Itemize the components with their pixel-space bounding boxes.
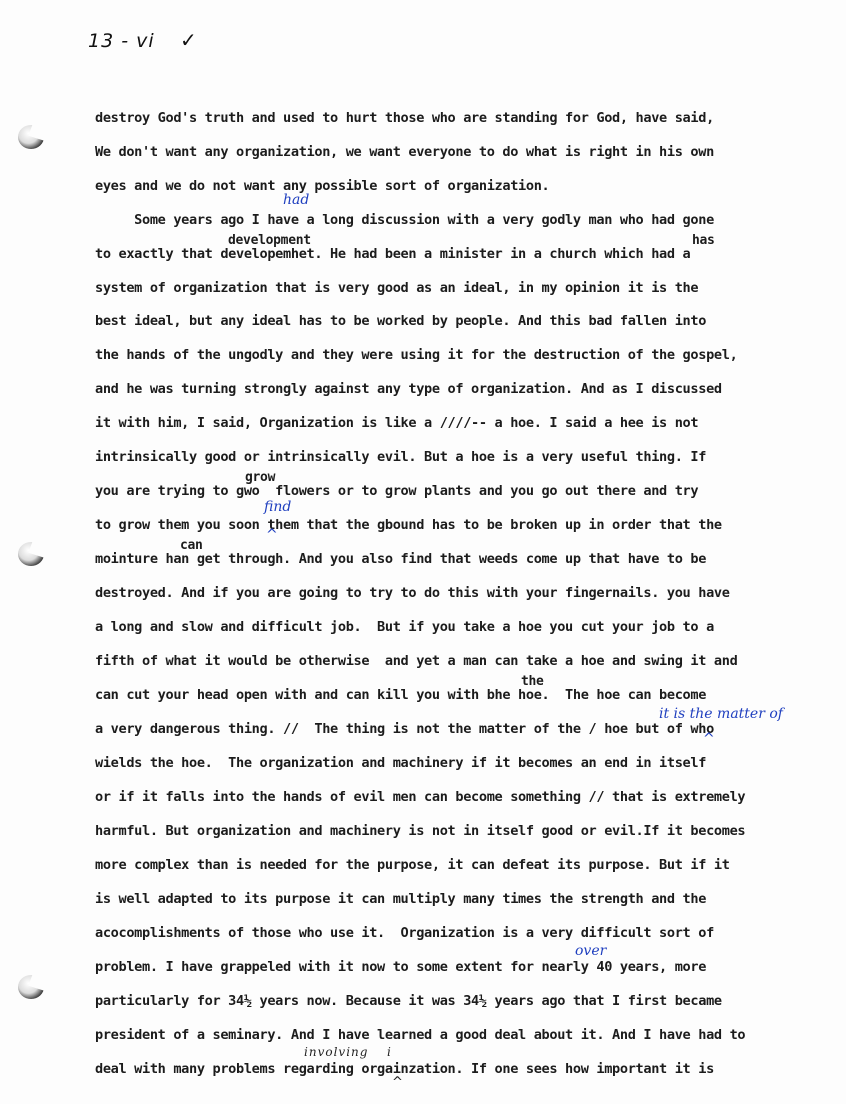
text-line: you are trying to gwo flowers or to grow… — [95, 483, 698, 499]
text-line: mointure han get through. And you also f… — [95, 551, 706, 567]
punch-hole-icon — [18, 125, 44, 149]
text-line: it with him, I said, Organization is lik… — [95, 415, 698, 431]
text-line: particularly for 34½ years now. Because … — [95, 993, 722, 1009]
typed-correction: development — [228, 233, 311, 248]
handwritten-note: it is the matter of — [659, 706, 783, 722]
text-line: and he was turning strongly against any … — [95, 381, 722, 397]
text-line: intrinsically good or intrinsically evil… — [95, 449, 706, 465]
text-line: the hands of the ungodly and they were u… — [95, 347, 737, 363]
typed-correction: grow — [245, 470, 275, 485]
text-line: destroy God's truth and used to hurt tho… — [95, 110, 714, 126]
text-line: a long and slow and difficult job. But i… — [95, 619, 714, 635]
text-line: deal with many problems regarding orgain… — [95, 1061, 714, 1077]
typed-correction: has — [692, 233, 715, 248]
typed-correction: the — [521, 674, 544, 689]
text-line: best ideal, but any ideal has to be work… — [95, 313, 706, 329]
check-mark-icon: ✓ — [180, 28, 197, 52]
caret-icon: ^ — [266, 527, 278, 543]
text-line: fifth of what it would be otherwise and … — [95, 653, 737, 669]
text-line: wields the hoe. The organization and mac… — [95, 755, 706, 771]
page-label: 13 - vi — [88, 30, 155, 52]
text-line: problem. I have grappeled with it now to… — [95, 959, 706, 975]
text-line: eyes and we do not want any possible sor… — [95, 178, 549, 194]
handwritten-note: involving — [304, 1045, 368, 1059]
typed-correction: can — [180, 538, 203, 553]
text-line: We don't want any organization, we want … — [95, 144, 714, 160]
handwritten-note: find — [264, 499, 291, 515]
handwritten-note: had — [283, 192, 309, 208]
text-line: can cut your head open with and can kill… — [95, 687, 706, 703]
handwritten-note: over — [575, 943, 606, 959]
caret-icon: ^ — [392, 1075, 403, 1090]
text-line: destroyed. And if you are going to try t… — [95, 585, 730, 601]
text-line: more complex than is needed for the purp… — [95, 857, 730, 873]
punch-hole-icon — [18, 542, 44, 566]
text-line: acocomplishments of those who use it. Or… — [95, 925, 714, 941]
text-line: to grow them you soon them that the gbou… — [95, 517, 722, 533]
text-line: is well adapted to its purpose it can mu… — [95, 891, 706, 907]
text-line: a very dangerous thing. // The thing is … — [95, 721, 714, 737]
text-line: Some years ago I have a long discussion … — [95, 212, 714, 228]
text-line: president of a seminary. And I have lear… — [95, 1027, 745, 1043]
text-line: system of organization that is very good… — [95, 280, 698, 296]
punch-hole-icon — [18, 975, 44, 999]
document-page: 13 - vi ✓ destroy God's truth and used t… — [0, 0, 846, 1104]
text-line: to exactly that developemhet. He had bee… — [95, 246, 690, 262]
text-line: harmful. But organization and machinery … — [95, 823, 745, 839]
caret-icon: ^ — [703, 731, 715, 747]
handwritten-note: i — [387, 1045, 392, 1059]
text-line: or if it falls into the hands of evil me… — [95, 789, 745, 805]
